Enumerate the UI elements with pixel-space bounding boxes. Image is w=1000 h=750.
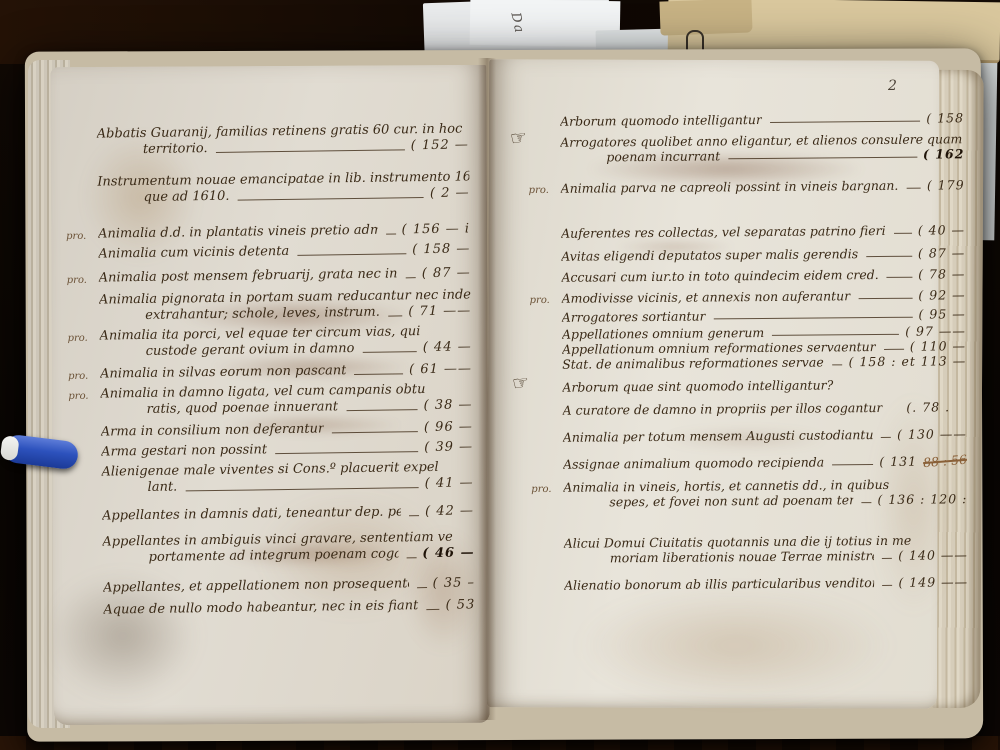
index-entry: pro.Amodivisse vicinis, et annexis non a…	[562, 287, 966, 306]
index-entry: Arma gestari non possint( 39 —	[101, 439, 473, 460]
leader-line	[832, 464, 873, 465]
folio-number: ( 152 —	[411, 137, 469, 154]
entry-text: Appellantes, et appellationem non proseq…	[103, 576, 409, 596]
folio-number: ( 158	[926, 110, 964, 125]
folio-number: ( 130 ——	[897, 426, 967, 442]
entry-text: A curatore de damno in propriis per illo…	[563, 400, 883, 418]
index-entry: A curatore de damno in propriis per illo…	[563, 399, 967, 418]
manicule-icon: ☞	[511, 375, 530, 392]
folio-number: ( 110 —	[910, 338, 966, 353]
index-entry: Appellantes in damnis dati, teneantur de…	[102, 503, 474, 524]
margin-note: pro.	[68, 369, 88, 385]
index-entry: Assignae animalium quomodo recipienda( 1…	[563, 453, 967, 472]
entry-text: Animalia cum vicinis detenta	[98, 244, 289, 263]
index-entry: pro.Animalia in damno ligata, vel cum ca…	[100, 381, 472, 418]
entry-text: Stat. de animalibus reformationes servae…	[562, 354, 825, 371]
folio-number: ( 41 —	[425, 475, 474, 492]
index-entry: Animalia pignorata in portam suam reduca…	[99, 287, 471, 324]
leader-line	[185, 487, 418, 491]
entry-text: Appellantes in damnis dati, teneantur de…	[102, 504, 401, 524]
folio-number: ( 38 —	[424, 397, 473, 414]
manuscript-photo: Da 2 Abbatis Guaranij, familias retinens…	[0, 0, 1000, 750]
entry-text: ratis, quod poenae innuerant	[146, 399, 338, 418]
entry-text: Arborum quae sint quomodo intelligantur?	[562, 377, 833, 394]
entry-text: Arrogatores sortiantur	[562, 309, 706, 325]
entry-text: Animalia per totum mensem Augusti custod…	[563, 427, 873, 445]
manila-folder-flap	[659, 0, 752, 36]
folio-number: ( 42 —	[425, 503, 474, 520]
paperclip-icon	[686, 30, 704, 50]
index-entry: pro.Animalia in vineis, hortis, et canne…	[563, 476, 967, 510]
leader-line	[406, 557, 416, 558]
folio-number: ( 71 ——	[408, 303, 471, 320]
index-entry: pro.Animalia parva ne capreoli possint i…	[561, 177, 965, 196]
entry-text: Arborum quomodo intelligantur	[560, 112, 762, 129]
left-page-entries: Abbatis Guaranij, familias retinens grat…	[97, 121, 476, 618]
blue-pen-cap	[0, 435, 20, 461]
folio-number: ( 97 ——	[905, 323, 966, 339]
entry-text: territorio.	[143, 141, 208, 158]
leader-line	[887, 277, 912, 278]
folio-number: ( 40 —	[918, 222, 965, 237]
folio-number: ( 131	[879, 454, 917, 469]
leader-line	[858, 298, 912, 299]
index-entry: Arma in consilium non deferantur( 96 —	[101, 419, 473, 440]
leader-line	[275, 451, 418, 454]
entry-text: Animalia post mensem februarij, grata ne…	[99, 266, 398, 286]
folio-number: ( 87 —	[422, 265, 471, 282]
folio-number: ( 96 —	[424, 419, 473, 436]
index-entry: Instrumentum nouae emancipatae in lib. i…	[97, 169, 469, 206]
margin-note: pro.	[529, 183, 549, 198]
entry-text: portamente ad integrum poenam cogantur	[148, 546, 398, 565]
leader-line	[386, 233, 396, 234]
folio-number: ( 136 : 120 :	[877, 491, 967, 507]
leader-line	[728, 157, 917, 160]
leader-line	[354, 373, 403, 375]
index-entry: Arborum quomodo intelligantur( 158	[560, 110, 964, 129]
entry-text: Amodivisse vicinis, et annexis non aufer…	[562, 288, 851, 306]
folio-number: ( 78 —	[918, 266, 965, 281]
entry-text: Animalia parva ne capreoli possint in vi…	[561, 178, 899, 196]
index-entry: Arrogatores sortiantur( 95 —	[562, 306, 966, 325]
margin-note: pro.	[66, 229, 86, 245]
index-entry: pro.Animalia post mensem februarij, grat…	[99, 265, 471, 286]
index-entry: pro.Animalia d.d. in plantatis vineis pr…	[98, 221, 470, 242]
index-entry: Alienigenae male viventes si Cons.º plac…	[101, 459, 473, 496]
leader-line	[866, 256, 912, 257]
leader-line	[882, 585, 892, 586]
index-entry: Appellantes, et appellationem non proseq…	[103, 575, 475, 596]
folio-number: ( 95 —	[918, 306, 965, 321]
entry-text: extrahantur; schole, leves, instrum.	[145, 305, 380, 324]
book-gutter	[478, 58, 496, 720]
folio-number: ( 162	[923, 146, 964, 161]
index-entry: Appellantes in ambiguis vinci gravare, s…	[102, 529, 474, 566]
entry-text: custode gerant ovium in damno	[146, 341, 355, 360]
entry-text: Alienatio bonorum ab illis particularibu…	[564, 575, 874, 593]
index-entry: Avitas eligendi deputatos super malis ge…	[561, 245, 965, 264]
leader-line	[362, 351, 416, 353]
leader-line	[406, 277, 416, 278]
index-entry: pro.Animalia ita porci, vel equae ter ci…	[99, 323, 471, 360]
folio-number: ( 39 —	[424, 439, 473, 456]
leader-line	[894, 233, 912, 234]
leader-line	[714, 317, 913, 320]
margin-note: pro.	[531, 482, 551, 497]
folio-number: ( 44 —	[423, 339, 472, 356]
folio-number: ( 140 ——	[898, 547, 968, 563]
leader-line	[882, 558, 892, 559]
entry-text: Assignae animalium quomodo recipienda	[563, 454, 824, 471]
margin-note: pro.	[530, 293, 550, 308]
leader-line	[417, 587, 427, 588]
page-number: 2	[888, 78, 897, 94]
leader-line	[388, 315, 403, 316]
entry-text: moriam liberationis nouae Terrae ministr…	[610, 548, 874, 565]
entry-text: sepes, et fovei non sunt ad poenam tenea…	[609, 492, 853, 509]
leader-line	[297, 253, 406, 256]
entry-text: lant.	[148, 480, 178, 496]
folio-number: ( 46 —	[422, 545, 475, 562]
folio-number: ( 92 —	[918, 287, 965, 302]
entry-text: Animalia d.d. in plantatis vineis pretio…	[98, 223, 378, 243]
margin-note: pro.	[68, 389, 88, 405]
index-entry: Animalia per totum mensem Augusti custod…	[563, 426, 967, 445]
entry-text: que ad 1610.	[143, 189, 229, 206]
entry-text: Arma in consilium non deferantur	[101, 421, 325, 440]
folio-number: ( 158 —	[412, 241, 470, 258]
entry-text: Accusari cum iur.to in toto quindecim ei…	[561, 267, 878, 285]
margin-note: pro.	[67, 331, 87, 347]
folio-number: ( 149 ——	[898, 574, 968, 590]
entry-text: Animalia in silvas eorum non pascant	[100, 363, 347, 382]
entry-text: Arma gestari non possint	[101, 442, 267, 460]
folio-number: ( 2 —	[430, 185, 470, 202]
folio-number: (. 78 .	[906, 399, 950, 414]
leader-line	[772, 334, 899, 336]
folio-number: ( 61 ——	[409, 361, 472, 378]
leader-line	[861, 502, 871, 503]
index-entry: Stat. de animalibus reformationes servae…	[562, 353, 966, 372]
index-entry: ☞Arrogatores quolibet anno eligantur, et…	[560, 131, 964, 165]
entry-text: Avitas eligendi deputatos super malis ge…	[561, 246, 858, 264]
entry-text: Appellationes omnium generum	[562, 325, 764, 342]
folio-number: ( 35 –	[432, 575, 475, 592]
leader-line	[332, 431, 418, 433]
leader-line	[238, 197, 424, 201]
index-entry: Accusari cum iur.to in toto quindecim ei…	[561, 266, 965, 285]
index-entry: ☞Arborum quae sint quomodo intelligantur…	[562, 376, 966, 395]
folio-number: ( 156 — i	[401, 221, 470, 238]
folio-struck: 88 : 56	[923, 452, 968, 470]
right-page-entries: Arborum quomodo intelligantur( 158☞Arrog…	[560, 94, 968, 593]
folio-number: ( 179	[927, 177, 965, 192]
leader-line	[770, 121, 920, 123]
leader-line	[906, 188, 921, 189]
index-entry: Auferentes res collectas, vel separatas …	[561, 222, 965, 241]
index-entry: Alicui Domui Ciuitatis quotannis una die…	[564, 532, 968, 566]
index-entry: Abbatis Guaranij, familias retinens grat…	[97, 121, 469, 158]
entry-text: poenam incurrant	[606, 148, 720, 164]
index-entry: Animalia cum vicinis detenta( 158 —	[98, 241, 470, 262]
folio-number: ( 158 : et 113 —	[849, 353, 967, 369]
leader-line	[833, 364, 843, 365]
margin-note: pro.	[67, 273, 87, 289]
leader-line	[409, 515, 419, 516]
manicule-icon: ☞	[509, 130, 528, 147]
folio-number: ( 87 —	[918, 245, 965, 260]
leader-line	[881, 437, 891, 438]
leader-line	[346, 409, 418, 411]
leader-line	[426, 609, 439, 610]
entry-text: Auferentes res collectas, vel separatas …	[561, 223, 886, 241]
folio-number: ( 53	[445, 597, 475, 613]
leader-line	[884, 349, 904, 350]
leader-line	[216, 149, 405, 153]
index-entry: pro.Animalia in silvas eorum non pascant…	[100, 361, 472, 382]
